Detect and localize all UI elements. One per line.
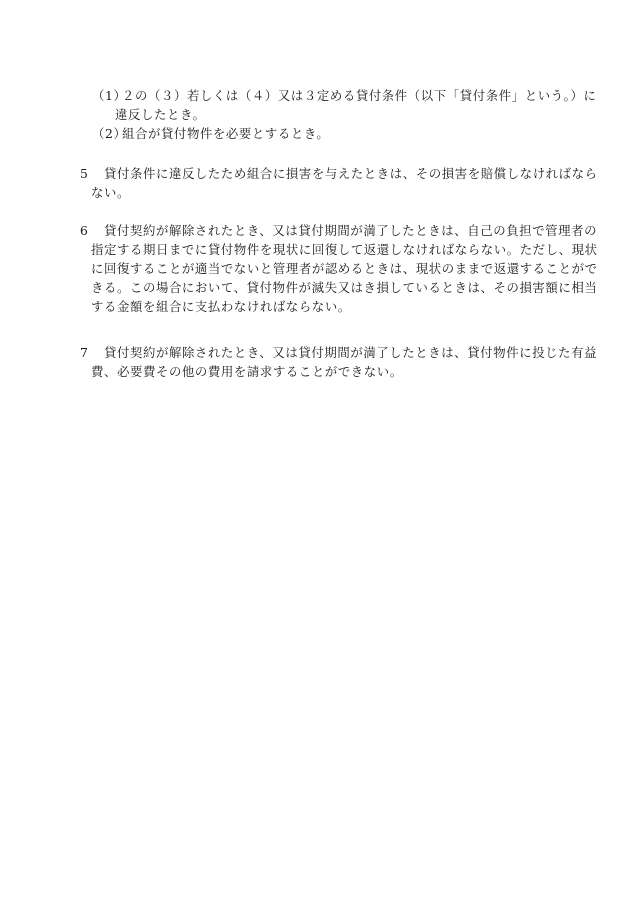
clause-6-number: 6 [80,223,88,239]
clause-6-line-3: に回復することが適当でないと管理者が認めるときは、現状のままで返還することがで [91,261,598,277]
clause-6-line-2: 指定する期日までに貸付物件を現状に回復して返還しなければならない。ただし、現状 [91,242,598,258]
clause-5-line-1: 貸付条件に違反したため組合に損害を与えたときは、その損害を賠償しなければなら [104,166,598,182]
clause-7-number: 7 [80,345,88,361]
document-page: （1） ２の（３）若しくは（４）又は３定める貸付条件（以下「貸付条件」という。）… [0,0,630,903]
clause-6-line-1: 貸付契約が解除されたとき、又は貸付期間が満了したときは、自己の負担で管理者の [104,223,597,239]
sub-item-1-line-1: ２の（３）若しくは（４）又は３定める貸付条件（以下「貸付条件」という。）に [122,88,596,104]
clause-5-number: 5 [80,166,88,182]
clause-6-line-5: する金額を組合に支払わなければならない。 [91,299,351,315]
clause-6-line-4: きる。この場合において、貸付物件が滅失又はき損しているときは、その損害額に相当 [91,280,597,296]
clause-7-line-1: 貸付契約が解除されたとき、又は貸付期間が満了したときは、貸付物件に投じた有益 [104,345,597,361]
sub-item-1-line-2: 違反したとき。 [115,107,205,123]
clause-5-line-2: ない。 [91,185,130,201]
sub-item-2-line-1: 組合が貸付物件を必要とするとき。 [122,126,329,142]
clause-7-line-2: 費、必要費その他の費用を請求することができない。 [91,364,403,380]
